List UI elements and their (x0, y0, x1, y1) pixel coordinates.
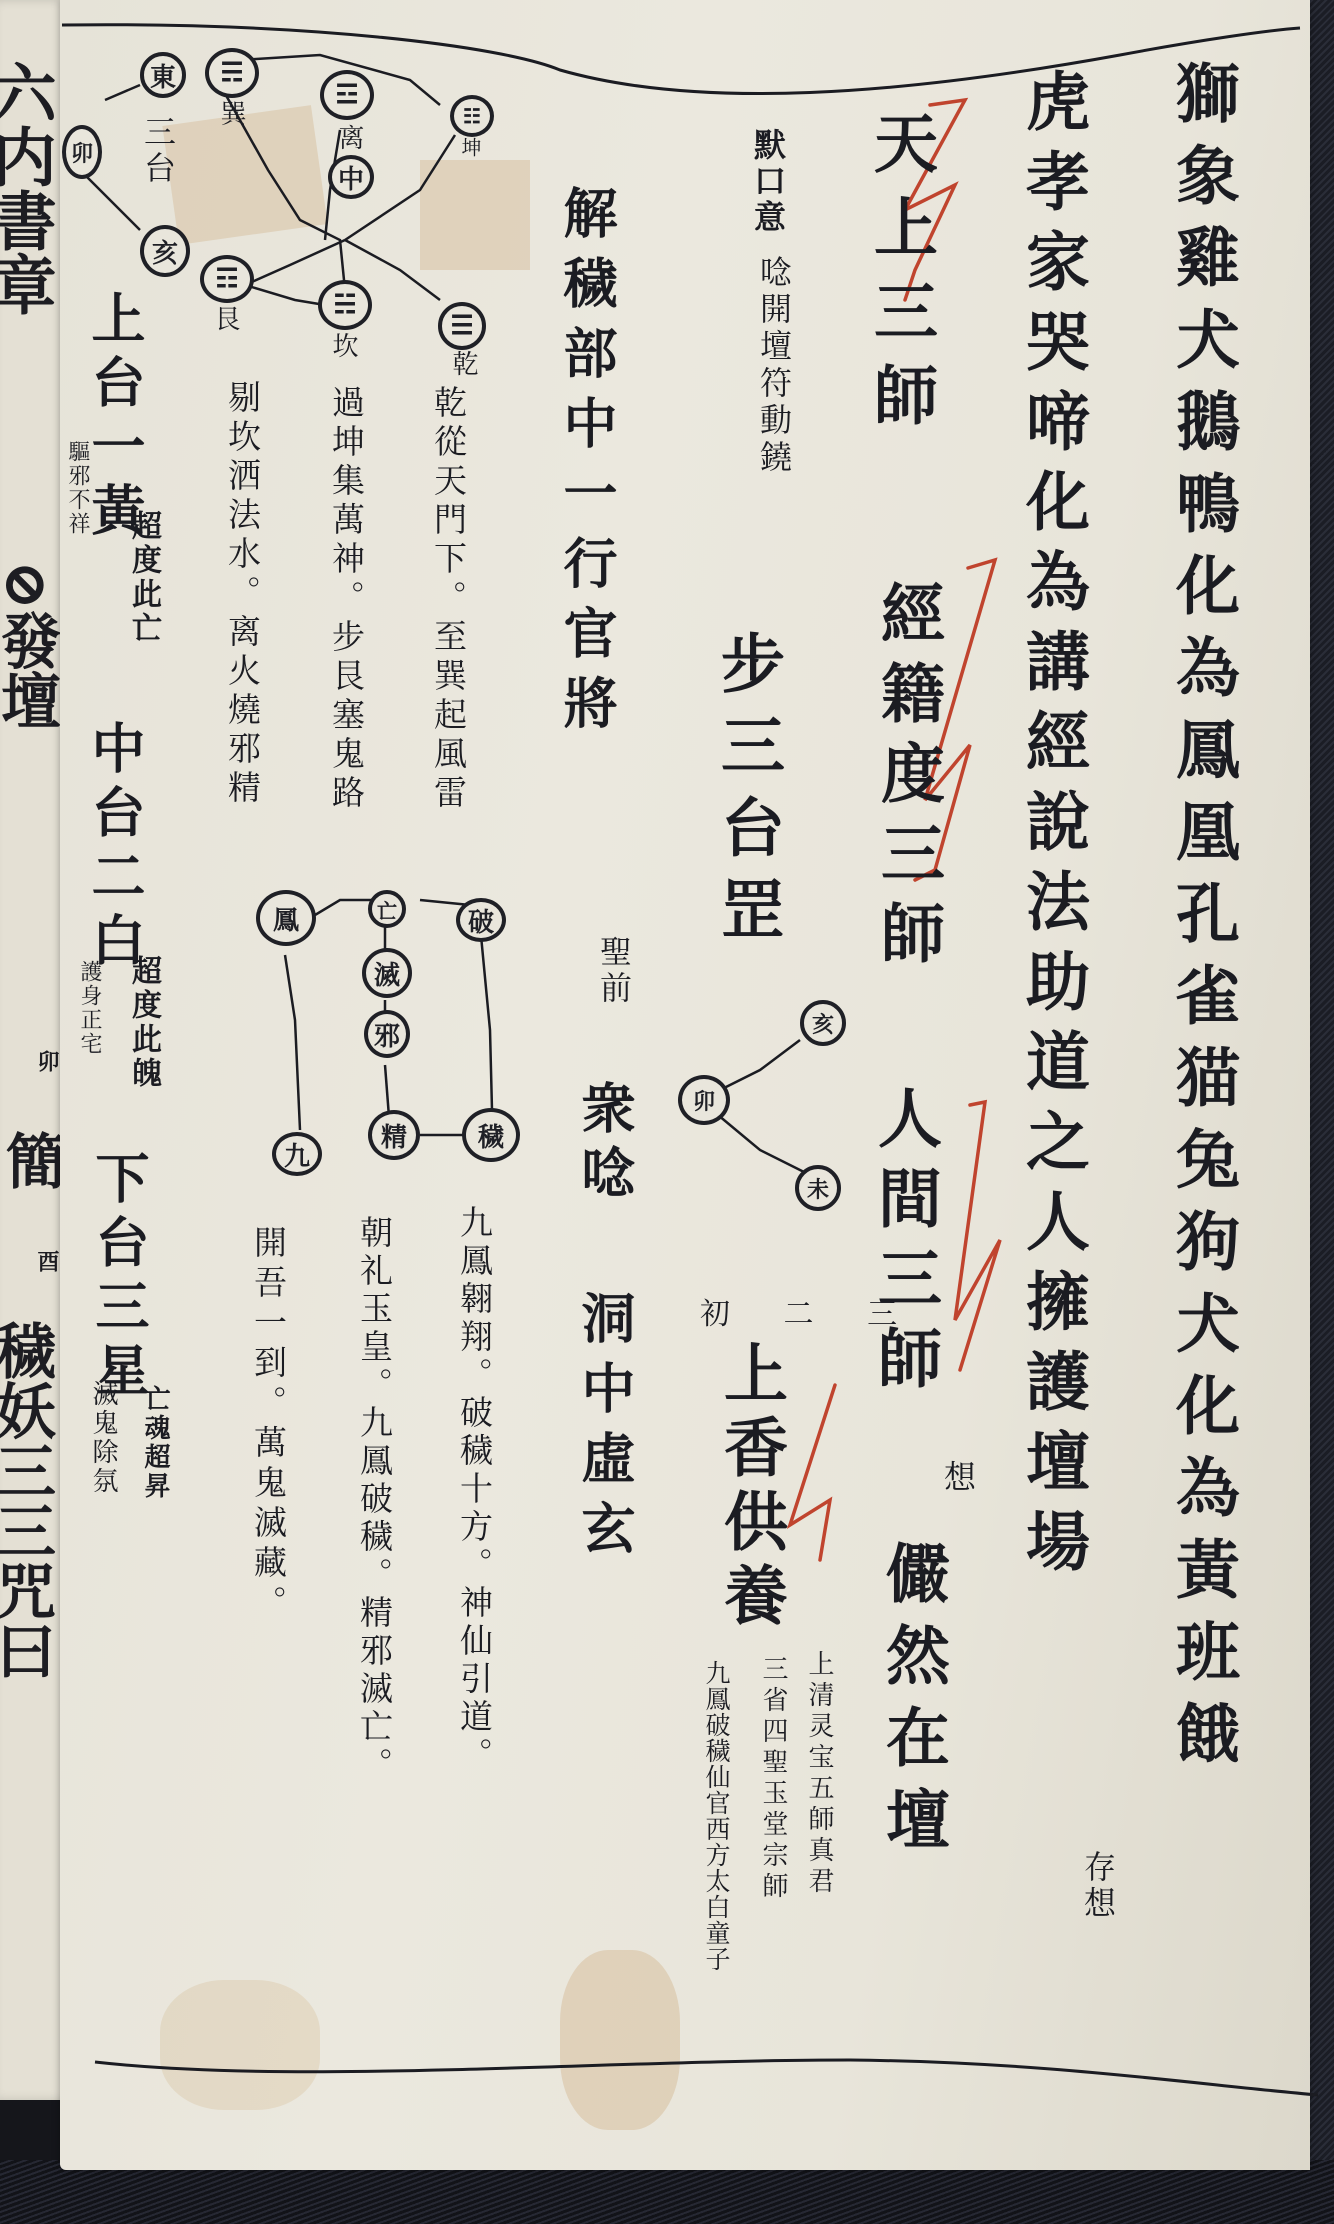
verse-nine-phoenix-1: 九鳳翱翔。破穢十方。神仙引道。 (458, 1205, 491, 1775)
phoenix-node-jiu: 九 (272, 1132, 322, 1176)
text-column-3-note: 想 (942, 1460, 974, 1496)
santai-node-hai: 亥 (140, 225, 190, 277)
previous-page-note-you: 酉 (32, 1250, 63, 1272)
terrace-middle-note: 超度此魄 (128, 955, 158, 1091)
previous-page-text-bottom: 穢妖三三咒曰 (0, 1320, 54, 1680)
phoenix-node-feng: 鳳 (256, 890, 316, 946)
santai-node-mao: 卯 (62, 125, 102, 179)
santai-label: 三台 (142, 115, 174, 187)
phoenix-node-mie: 滅 (362, 948, 412, 998)
previous-page-text: 六内書章 (0, 60, 56, 316)
trigram-node-kun: ☷ (450, 95, 494, 137)
text-column-4-step-gang: 步三台罡 (715, 630, 779, 958)
text-column-5-dongzhong: 洞中虛玄 (578, 1290, 632, 1570)
water-stain (560, 1950, 680, 2130)
trigram-node-kan: ☵ (318, 280, 372, 330)
text-column-3-human-masters: 人間三師 (872, 1085, 936, 1405)
phoenix-node-hui: 穢 (462, 1108, 520, 1162)
text-column-4-chant-talisman: 唸開壇符動鐃 (758, 255, 790, 477)
phoenix-node-po: 破 (456, 898, 506, 942)
text-column-5-before-sage: 聖前 (598, 935, 630, 1007)
text-column-2: 虎孝家哭啼化為講經說法助道之人擁護壇場 (1020, 68, 1084, 1588)
center-node-zhong: 中 (328, 155, 374, 199)
terrace-middle-side: 護身正宅 (78, 960, 100, 1056)
trigram-label-gen: 艮 (212, 305, 238, 334)
phoenix-node-xie: 邪 (364, 1010, 410, 1058)
text-column-4-sequence: 初 二 三 (700, 1300, 919, 1330)
previous-page-text-lower: ⊘發壇 (0, 560, 62, 730)
terrace-lower-note: 亡魂超昇 (142, 1385, 168, 1501)
trigram-label-qian: 乾 (450, 350, 476, 379)
text-column-4-silent: 默口意 (752, 128, 784, 236)
text-column-4-deity-3: 九鳳破穢仙官西方太白童子 (704, 1660, 729, 1972)
previous-page-note-mao: 卯 (32, 1050, 63, 1072)
verse-qian: 乾從天門下。至巽起風雷 (432, 385, 465, 814)
trigram-node-gen: ☶ (200, 255, 254, 303)
trigram-node-li: ☲ (320, 70, 374, 120)
trigram-label-kan: 坎 (330, 332, 356, 361)
verse-nine-phoenix-3: 開吾一到。萬鬼滅藏。 (252, 1225, 285, 1625)
text-column-4-deity-2: 三省四聖玉堂宗師 (760, 1655, 786, 1903)
text-column-5-all-chant: 衆唸 (578, 1080, 632, 1208)
verse-nine-phoenix-2: 朝礼玉皇。九鳳破穢。精邪滅亡。 (358, 1215, 391, 1785)
text-column-4-deity-1: 上清灵宝五師真君 (806, 1650, 832, 1898)
text-column-5-officers: 解穢部中一行官將 (560, 185, 614, 745)
gang-node-hai: 亥 (800, 1000, 846, 1046)
trigram-label-li: 离 (336, 124, 362, 153)
terrace-upper-note: 超度此亡 (128, 510, 158, 646)
terrace-middle: 中台二白 (88, 720, 142, 976)
phoenix-node-wang: 亡 (368, 890, 406, 928)
text-column-3-solemn: 儼然在壇 (880, 1540, 944, 1868)
trigram-label-kun: 坤 (460, 137, 480, 160)
text-column-3-heavenly-masters: 天上三師 (868, 110, 932, 446)
gang-node-mao: 卯 (678, 1075, 730, 1125)
paper-repair-patch (420, 160, 530, 270)
trigram-label-xun: 巽 (218, 100, 244, 129)
text-column-2-note: 存想 (1082, 1850, 1114, 1922)
phoenix-node-jing: 精 (368, 1110, 420, 1160)
trigram-node-qian: ☰ (438, 302, 486, 350)
terrace-upper: 上台一黃 (88, 290, 142, 546)
text-column-1: 獅象雞犬鵝鴨化為鳳凰孔雀猫兔狗犬化為黃班餓 (1170, 60, 1234, 1782)
gang-node-wei: 未 (795, 1165, 841, 1211)
text-column-4-incense: 上香供養 (718, 1340, 782, 1636)
verse-kun: 過坤集萬神。步艮塞鬼路 (330, 385, 363, 814)
verse-kan-li: 剔坎洒法水。离火燒邪精 (226, 380, 259, 809)
text-column-3-scripture-masters: 經籍度三師 (875, 580, 939, 980)
terrace-upper-side: 驅邪不祥 (66, 440, 88, 536)
trigram-node-xun: ☴ (205, 48, 259, 98)
terrace-lower-side: 滅鬼除氛 (90, 1380, 116, 1496)
water-stain (160, 1980, 320, 2110)
terrace-lower: 下台三星 (92, 1150, 146, 1406)
santai-node-dong: 東 (140, 52, 186, 98)
